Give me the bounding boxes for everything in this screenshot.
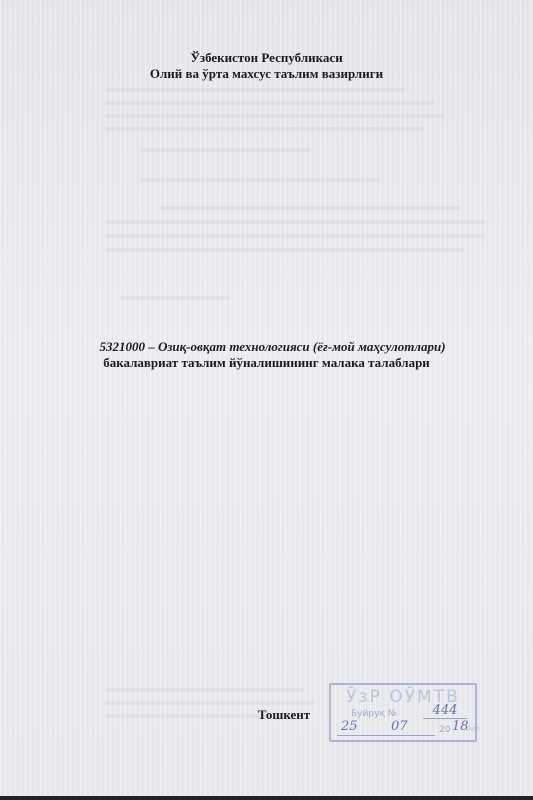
show-through-line [140,148,310,152]
specialty-code-title: 5321000 – Озиқ-овқат технологияси (ёғ-мо… [0,339,533,355]
document-page: Ўзбекистон Республикаси Олий ва ўрта мах… [0,0,533,796]
show-through-line [140,178,380,182]
stamp-date-day: 25 [341,719,358,734]
stamp-year-label: йил [466,725,480,733]
scanner-edge [0,796,533,800]
show-through-line [105,88,405,92]
ministry-header: Ўзбекистон Республикаси Олий ва ўрта мах… [0,50,533,82]
show-through-line [120,296,230,300]
show-through-line [105,127,425,131]
approval-stamp: ЎзР ОЎМТВ Буйруқ № 444 25 07 20 18 йил [329,683,477,742]
document-title: 5321000 – Озиқ-овқат технологияси (ёғ-мо… [0,339,533,371]
stamp-date-underline [337,735,435,736]
show-through-line [105,701,315,705]
stamp-year-prefix: 20 [439,725,450,735]
stamp-order-label: Буйруқ № [351,709,397,719]
show-through-line [160,206,460,210]
ministry-name: Олий ва ўрта махсус таълим вазирлиги [0,66,533,82]
city-name: Тошкент [244,707,324,723]
show-through-line [105,688,305,692]
qualification-requirements-title: бакалавриат таълим йўналишининг малака т… [0,355,533,371]
republic-name: Ўзбекистон Республикаси [0,50,533,66]
show-through-line [105,101,435,105]
show-through-line [105,234,485,238]
show-through-line [105,220,485,224]
stamp-date-month: 07 [391,719,408,734]
show-through-line [105,114,445,118]
stamp-order-number: 444 [423,703,467,719]
show-through-line [105,248,465,252]
